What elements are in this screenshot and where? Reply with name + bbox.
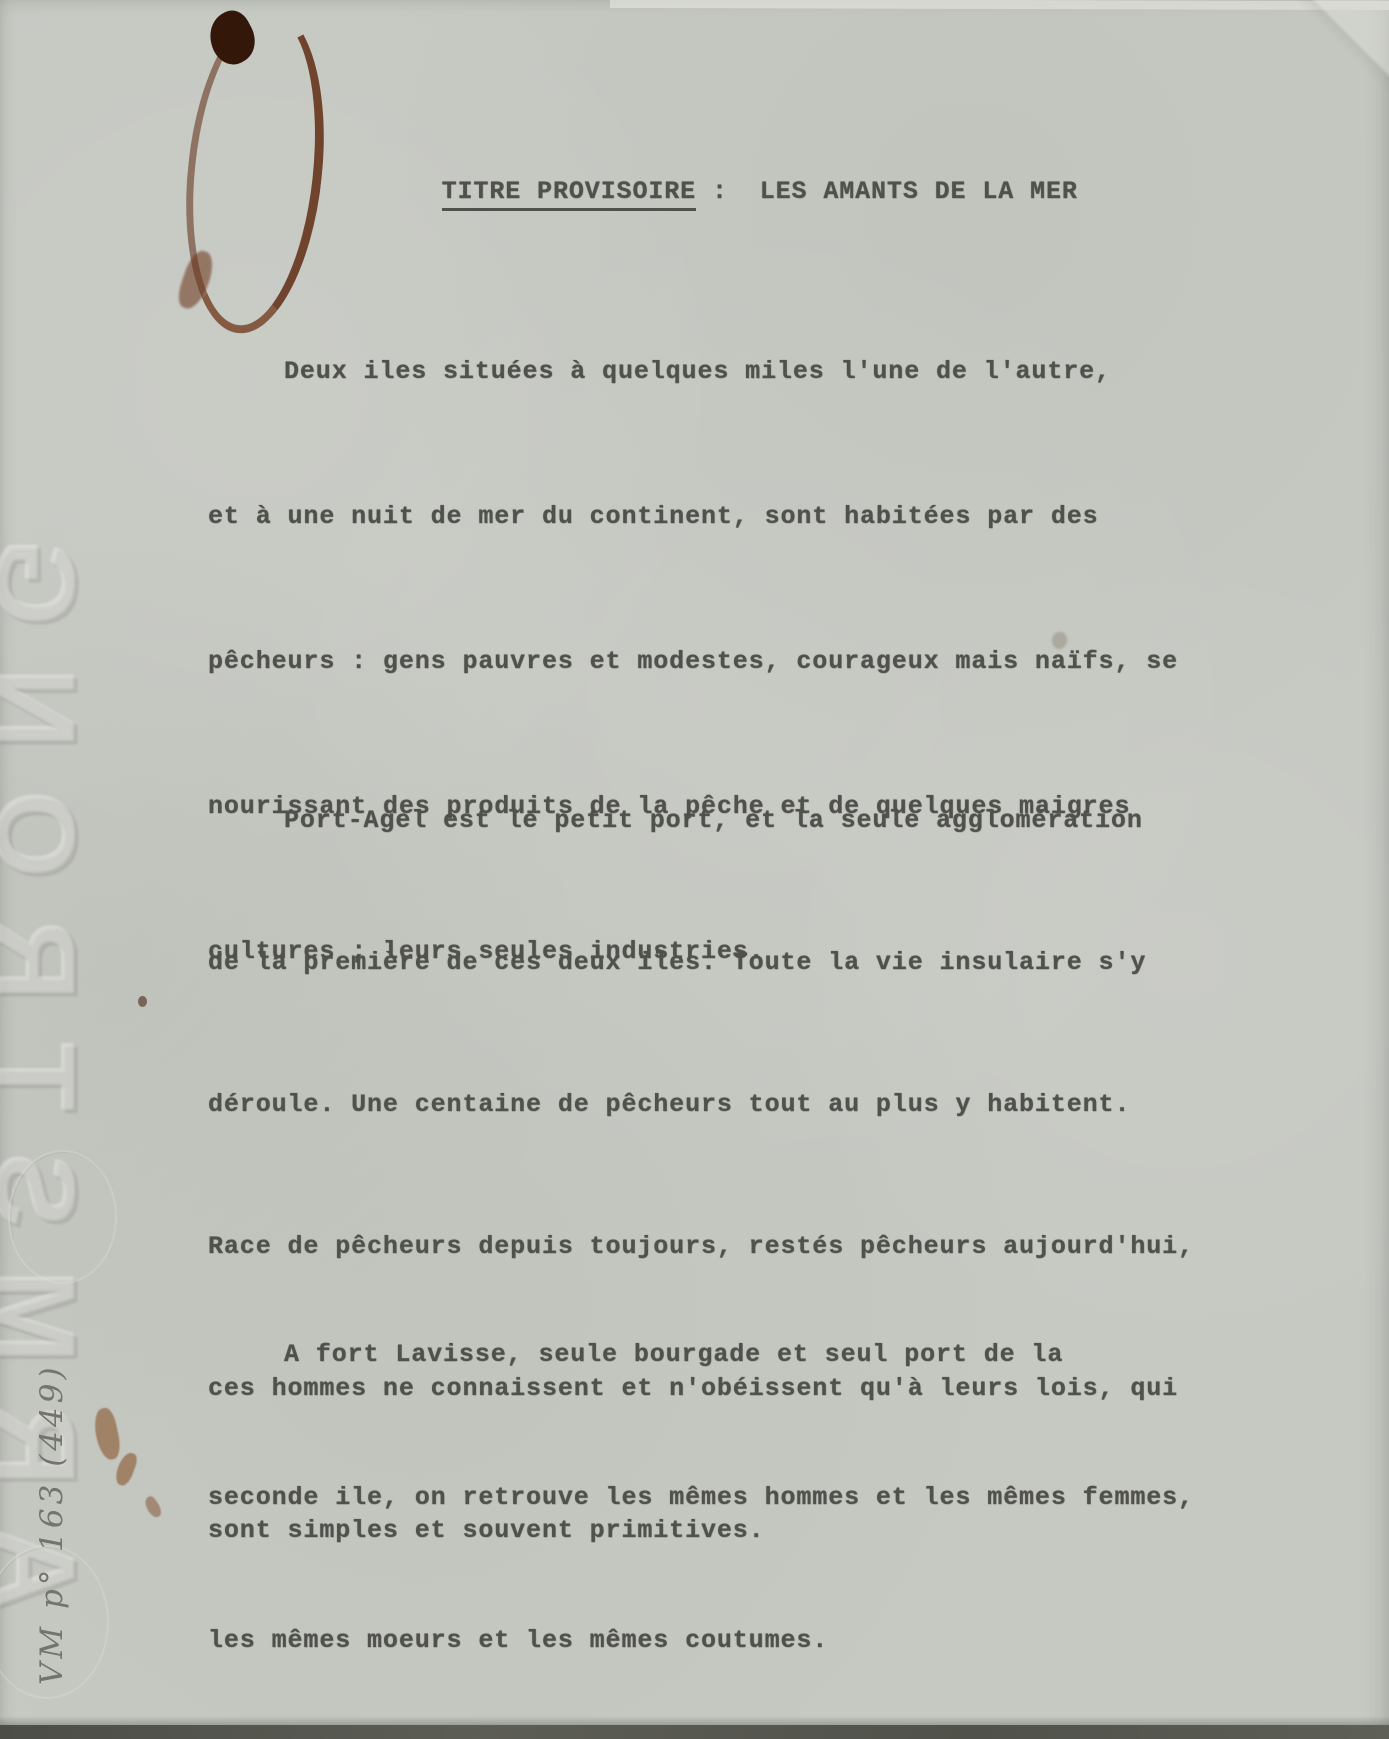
typed-line: seconde ile, on retrouve les mêmes homme… [208,1455,1218,1540]
typed-line: les mêmes moeurs et les mêmes coutumes. [208,1598,1218,1683]
corner-fold [1249,0,1389,140]
typed-line: pêcheurs : gens pauvres et modestes, cou… [208,618,1218,705]
title-text: LES AMANTS DE LA MER [760,177,1078,206]
paragraph-3: A fort Lavisse, seule bourgade et seul p… [208,1254,1218,1739]
typed-line: et à une nuit de mer du continent, sont … [208,473,1218,560]
typed-line: Deux iles situées à quelques miles l'une… [208,328,1218,415]
title-separator: : [696,177,760,206]
ink-speck [138,996,147,1007]
rust-stain [91,1406,123,1461]
manuscript-page: ARMSTRONG TITRE PROVISOIRE : LES AMANTS … [0,0,1389,1739]
rust-stain [142,1494,163,1519]
title-provisional-label: TITRE PROVISOIRE [442,177,696,211]
typed-line: déroule. Une centaine de pêcheurs tout a… [208,1063,1218,1147]
scan-bottom-edge [0,1725,1389,1739]
typed-line: Port-Agel est le petit port, et la seule… [208,779,1218,863]
typed-line: de la première de ces deux iles. Toute l… [208,921,1218,1005]
margin-annotation: VM p° 163 (449) [34,1140,70,1685]
page-title: TITRE PROVISOIRE : LES AMANTS DE LA MER [378,132,1078,252]
typed-line: A fort Lavisse, seule bourgade et seul p… [208,1312,1218,1397]
